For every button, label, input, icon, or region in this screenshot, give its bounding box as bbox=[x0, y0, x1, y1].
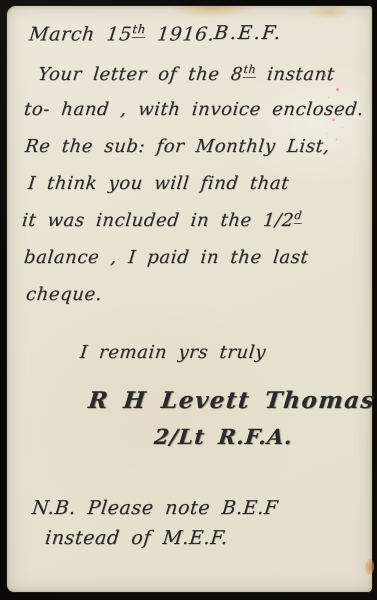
photo-background: March 15th 1916. B.E.F. Your letter of t… bbox=[0, 0, 377, 600]
red-ink-speckle-stain bbox=[323, 74, 326, 77]
signature-rank: 2/Lt R.F.A. bbox=[153, 424, 294, 449]
postscript-line-2: instead of M.E.F. bbox=[44, 527, 229, 549]
postcard: March 15th 1916. B.E.F. Your letter of t… bbox=[7, 6, 372, 592]
closing-line: I remain yrs truly bbox=[79, 342, 267, 363]
orange-edge-stain bbox=[365, 559, 374, 575]
body-line-7: cheque. bbox=[25, 284, 103, 305]
body-line-4: I think you will find that bbox=[27, 173, 290, 194]
body-line-2: to- hand , with invoice enclosed. bbox=[23, 99, 365, 120]
body-line-6: balance , I paid in the last bbox=[23, 247, 310, 268]
body-line-1: Your letter of the 8th instant bbox=[37, 63, 336, 85]
body-line-3: Re the sub: for Monthly List, bbox=[24, 136, 331, 157]
force-label: B.E.F. bbox=[213, 22, 283, 44]
dateline: March 15th 1916. bbox=[28, 22, 216, 45]
date-year: 1916. bbox=[144, 23, 215, 45]
body-line-5: it was included in the 1/2d bbox=[21, 209, 303, 231]
postscript-line-1: N.B. Please note B.E.F bbox=[31, 497, 279, 519]
signature-name: R H Levett Thomas bbox=[87, 387, 377, 414]
date-text: March 15 bbox=[28, 23, 133, 45]
